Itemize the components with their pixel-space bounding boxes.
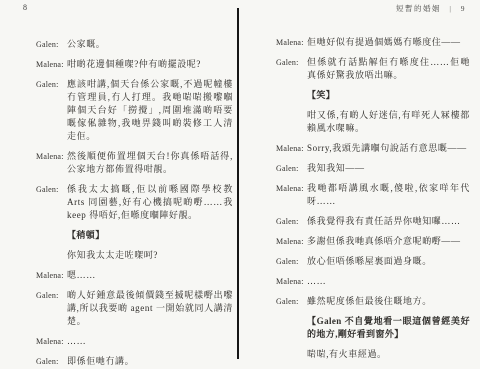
dialogue-entry: Malena:咁啲花邊個種㗎?仲有啲擺設呢? — [36, 58, 233, 71]
dialogue-text: 然後順便佈置埋個天台!你真係唔話得,公家地方都佈置得咁靚。 — [67, 150, 233, 176]
page-number-left: 8 — [23, 3, 27, 12]
stage-direction: 【Galen 不自覺地看一眼這個曾經美好的地方,剛好看到窗外】 — [276, 315, 470, 341]
dialogue-left: Galen:公家嘅。Malena:咁啲花邊個種㗎?仲有啲擺設呢?Galen:應該… — [36, 38, 233, 369]
dialogue-text: 【稍頓】 — [67, 229, 233, 242]
speaker-label: Galen: — [36, 78, 67, 91]
dialogue-entry: 你知我太太走咗㗎呵? — [36, 249, 233, 262]
dialogue-entry: Malena:…… — [276, 275, 470, 288]
dialogue-entry: Galen:公家嘅。 — [36, 38, 233, 51]
dialogue-text: 我哋都唔講風水嘅,傻啦,依家咩年代呀…… — [307, 182, 470, 208]
page-gutter-line — [237, 8, 239, 359]
dialogue-text: …… — [67, 335, 233, 348]
speaker-label: Galen: — [276, 162, 307, 175]
dialogue-entry: Malena:然後順便佈置埋個天台!你真係唔話得,公家地方都佈置得咁靚。 — [36, 150, 233, 176]
speaker-label: Malena: — [276, 275, 307, 288]
speaker-label: Malena: — [36, 335, 67, 348]
page-right: 短暫的婚姻 | 9 Malena:佢哋好似有提過個媽媽冇喺度住——Galen:但… — [240, 0, 480, 369]
speaker-label: Malena: — [36, 58, 67, 71]
book-spread: 8 Galen:公家嘅。Malena:咁啲花邊個種㗎?仲有啲擺設呢?Galen:… — [0, 0, 480, 369]
speaker-label: Galen: — [276, 56, 307, 69]
dialogue-text: 我知我知—— — [307, 162, 470, 175]
dialogue-text: …… — [307, 275, 470, 288]
stage-direction: 【稍頓】 — [36, 229, 233, 242]
speaker-label: Malena: — [276, 235, 307, 248]
page-left: 8 Galen:公家嘅。Malena:咁啲花邊個種㗎?仲有啲擺設呢?Galen:… — [0, 0, 237, 369]
dialogue-entry: Galen:我知我知—— — [276, 162, 470, 175]
speaker-label: Galen: — [276, 215, 307, 228]
running-header: 短暫的婚姻 | 9 — [396, 3, 466, 14]
dialogue-text: 但係就冇話點解佢冇喺度住……佢哋真係好驚我放唔出嘛。 — [307, 56, 470, 82]
dialogue-text: 啱啱,有火車經過。 — [307, 348, 470, 361]
speaker-label: Malena: — [276, 142, 307, 155]
dialogue-entry: Malena:多謝但係我哋真係唔介意呢啲嘢—— — [276, 235, 470, 248]
dialogue-text: 【Galen 不自覺地看一眼這個曾經美好的地方,剛好看到窗外】 — [307, 315, 470, 341]
dialogue-text: 佢哋好似有提過個媽媽冇喺度住—— — [307, 36, 470, 49]
dialogue-entry: 啱啱,有火車經過。 — [276, 348, 470, 361]
chapter-title: 短暫的婚姻 — [396, 4, 441, 13]
dialogue-entry: Galen:放心佢唔係喺屋裏面過身嘅。 — [276, 255, 470, 268]
dialogue-text: 公家嘅。 — [67, 38, 233, 51]
speaker-label: Galen: — [36, 183, 67, 196]
page-number-right: 9 — [461, 4, 466, 13]
dialogue-entry: Malena:…… — [36, 335, 233, 348]
speaker-label: Galen: — [36, 355, 67, 368]
dialogue-text: 多謝但係我哋真係唔介意呢啲嘢—— — [307, 235, 470, 248]
dialogue-right: Malena:佢哋好似有提過個媽媽冇喺度住——Galen:但係就冇話點解佢冇喺度… — [276, 36, 470, 368]
header-separator: | — [449, 4, 452, 13]
dialogue-entry: Galen:即係佢哋冇講。 — [36, 355, 233, 368]
dialogue-entry: Galen:係我太太搞嘅,佢以前喺國際學校教 Arts 同園藝,好有心機搞呢啲嘢… — [36, 183, 233, 222]
speaker-label: Galen: — [36, 289, 67, 302]
dialogue-text: 嗯…… — [67, 269, 233, 282]
dialogue-text: Sorry,我頭先講嗰句說話冇意思嘅—— — [307, 142, 470, 155]
dialogue-text: 咁啲花邊個種㗎?仲有啲擺設呢? — [67, 58, 233, 71]
dialogue-entry: Galen:雖然呢度係佢最後住嘅地方。 — [276, 295, 470, 308]
dialogue-text: 啲人好鍾意最後傾價錢至搣呢樣嘢出嚟講,所以我要啲 agent 一開始就同人講清楚… — [67, 289, 233, 328]
speaker-label: Galen: — [276, 295, 307, 308]
speaker-label: Galen: — [276, 255, 307, 268]
dialogue-entry: Malena:嗯…… — [36, 269, 233, 282]
dialogue-text: 雖然呢度係佢最後住嘅地方。 — [307, 295, 470, 308]
dialogue-entry: Galen:係我覺得我有責任話畀你哋知囉…… — [276, 215, 470, 228]
dialogue-entry: Galen:但係就冇話點解佢冇喺度住……佢哋真係好驚我放唔出嘛。 — [276, 56, 470, 82]
dialogue-text: 即係佢哋冇講。 — [67, 355, 233, 368]
speaker-label: Malena: — [276, 182, 307, 195]
dialogue-text: 應該咁講,個天台係公家嘅,不過呢幢樓冇管理員,冇人打理。我哋啱啱搬嚟嗰陣個天台好… — [67, 78, 233, 143]
dialogue-entry: Galen:啲人好鍾意最後傾價錢至搣呢樣嘢出嚟講,所以我要啲 agent 一開始… — [36, 289, 233, 328]
stage-direction: 【笑】 — [276, 89, 470, 102]
speaker-label: Galen: — [36, 38, 67, 51]
dialogue-text: 【笑】 — [307, 89, 470, 102]
speaker-label: Malena: — [36, 269, 67, 282]
speaker-label: Malena: — [36, 150, 67, 163]
dialogue-entry: Malena:佢哋好似有提過個媽媽冇喺度住—— — [276, 36, 470, 49]
dialogue-text: 係我覺得我有責任話畀你哋知囉…… — [307, 215, 470, 228]
dialogue-text: 係我太太搞嘅,佢以前喺國際學校教 Arts 同園藝,好有心機搞呢啲嘢……我 ke… — [67, 183, 233, 222]
dialogue-text: 咁又係,有啲人好迷信,有咩死人冧樓都賴風水㗎嘛。 — [307, 109, 470, 135]
dialogue-entry: 咁又係,有啲人好迷信,有咩死人冧樓都賴風水㗎嘛。 — [276, 109, 470, 135]
dialogue-text: 你知我太太走咗㗎呵? — [67, 249, 233, 262]
dialogue-entry: Galen:應該咁講,個天台係公家嘅,不過呢幢樓冇管理員,冇人打理。我哋啱啱搬嚟… — [36, 78, 233, 143]
dialogue-text: 放心佢唔係喺屋裏面過身嘅。 — [307, 255, 470, 268]
speaker-label: Malena: — [276, 36, 307, 49]
dialogue-entry: Malena:Sorry,我頭先講嗰句說話冇意思嘅—— — [276, 142, 470, 155]
dialogue-entry: Malena:我哋都唔講風水嘅,傻啦,依家咩年代呀…… — [276, 182, 470, 208]
